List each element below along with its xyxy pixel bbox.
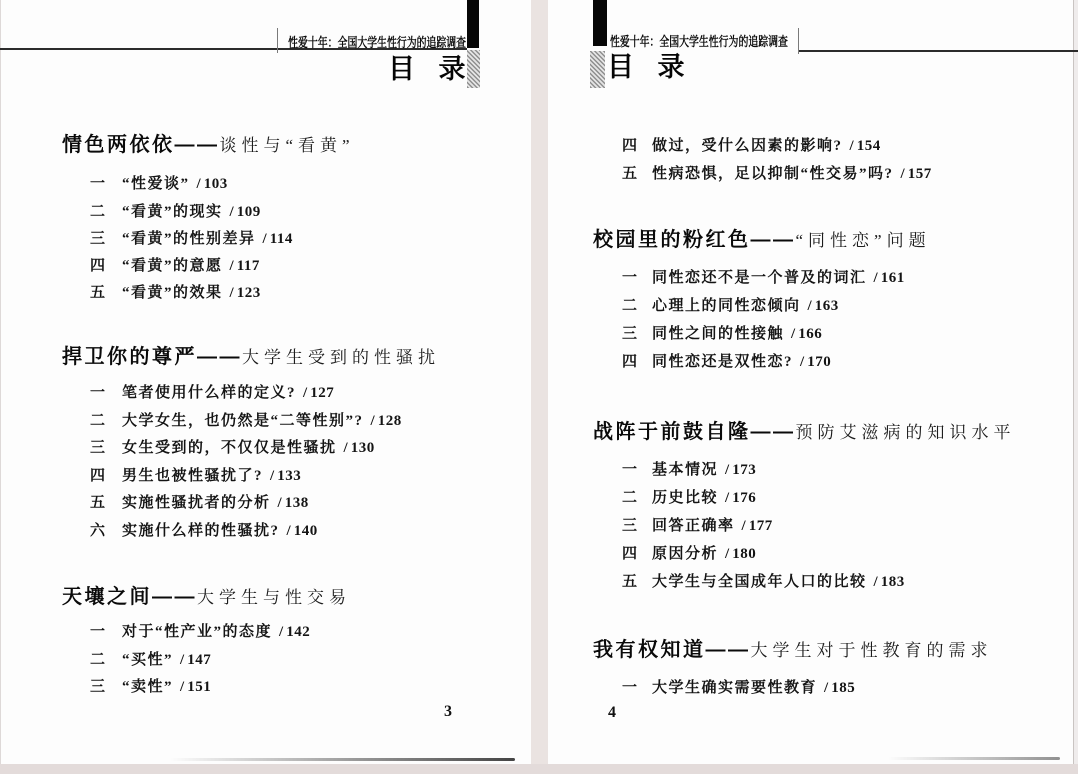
toc-entry: 六实施什么样的性骚扰?/140 <box>90 519 318 540</box>
toc-entry-separator: / <box>874 270 878 286</box>
toc-entry-title: 原因分析 <box>652 546 718 562</box>
section-heading-subtitle: 大学生与性交易 <box>197 588 351 607</box>
toc-entry-title: 心理上的同性恋倾向 <box>652 298 801 314</box>
toc-entry-number: 四 <box>90 254 122 275</box>
section-heading: 我有权知道——大学生对于性教育的需求 <box>593 633 993 662</box>
toc-entry-separator: / <box>725 546 729 562</box>
header-tick <box>798 28 799 54</box>
toc-entry-title: 男生也被性骚扰了? <box>122 468 263 484</box>
toc-entry-page: 103 <box>204 176 228 192</box>
toc-entry-title: “买性” <box>122 652 173 668</box>
toc-entry: 二心理上的同性恋倾向/163 <box>622 294 839 315</box>
toc-entry-number: 二 <box>622 486 652 507</box>
toc-entry-number: 四 <box>622 350 652 371</box>
toc-entry-separator: / <box>874 574 878 590</box>
toc-entry-page: 109 <box>237 204 261 220</box>
section-heading-bold: 天壤之间—— <box>62 586 197 608</box>
toc-entry-separator: / <box>278 495 282 511</box>
page-gutter <box>531 0 548 764</box>
toc-entry-page: 128 <box>378 413 402 429</box>
toc-entry-number: 一 <box>622 458 652 479</box>
section-heading: 战阵于前鼓自隆——预防艾滋病的知识水平 <box>593 415 1016 444</box>
toc-entry: 三回答正确率/177 <box>622 514 773 535</box>
section-heading-subtitle: 大学生对于性教育的需求 <box>751 641 993 660</box>
toc-entry-title: “看黄”的性别差异 <box>122 231 256 247</box>
toc-entry: 三同性之间的性接触/166 <box>622 322 822 343</box>
toc-entry-number: 一 <box>90 381 122 402</box>
page-number: 4 <box>608 704 616 722</box>
toc-entry-page: 166 <box>798 326 822 342</box>
toc-entry: 一笔者使用什么样的定义?/127 <box>90 381 334 402</box>
toc-entry-page: 123 <box>237 285 261 301</box>
toc-entry-number: 四 <box>90 464 122 485</box>
toc-entry-separator: / <box>800 354 804 370</box>
toc-entry: 四“看黄”的意愿/117 <box>90 254 260 275</box>
toc-entry-separator: / <box>303 385 307 401</box>
toc-entry-separator: / <box>791 326 795 342</box>
toc-entry-title: “看黄”的现实 <box>122 204 223 220</box>
toc-entry-title: “性爱谈” <box>122 176 190 192</box>
toc-entry-separator: / <box>230 204 234 220</box>
toc-entry: 二历史比较/176 <box>622 486 756 507</box>
toc-entry: 二“买性”/147 <box>90 648 211 669</box>
toc-entry-number: 三 <box>90 436 122 457</box>
scan-bottom-edge <box>0 764 1078 774</box>
toc-entry-page: 154 <box>857 138 881 154</box>
scan-artifact-line <box>888 757 1060 760</box>
toc-entry-page: 185 <box>831 680 855 696</box>
scan-right-edge <box>1073 0 1078 764</box>
toc-entry-separator: / <box>901 166 905 182</box>
toc-entry-page: 114 <box>270 231 293 247</box>
toc-entry-separator: / <box>824 680 828 696</box>
section-heading: 捍卫你的尊严——大学生受到的性骚扰 <box>62 340 440 369</box>
toc-entry-separator: / <box>230 285 234 301</box>
toc-entry-page: 142 <box>286 624 310 640</box>
toc-entry: 四同性恋还是双性恋?/170 <box>622 350 831 371</box>
toc-entry-page: 140 <box>294 523 318 539</box>
toc-entry: 一同性恋还不是一个普及的词汇/161 <box>622 266 905 287</box>
toc-entry-separator: / <box>279 624 283 640</box>
page-number: 3 <box>444 703 452 721</box>
toc-entry-separator: / <box>287 523 291 539</box>
toc-entry-separator: / <box>180 679 184 695</box>
toc-entry-number: 三 <box>90 675 122 696</box>
toc-entry: 三“卖性”/151 <box>90 675 211 696</box>
toc-entry: 一基本情况/173 <box>622 458 756 479</box>
toc-entry-number: 二 <box>90 409 122 430</box>
toc-entry-separator: / <box>230 258 234 274</box>
section-heading-subtitle: “同性恋”问题 <box>796 231 931 250</box>
toc-entry-separator: / <box>180 652 184 668</box>
toc-entry-page: 138 <box>285 495 309 511</box>
toc-entry: 三“看黄”的性别差异/114 <box>90 227 293 248</box>
toc-entry-number: 一 <box>90 620 122 641</box>
toc-entry-separator: / <box>371 413 375 429</box>
toc-entry-separator: / <box>270 468 274 484</box>
toc-title-shadow <box>590 51 605 88</box>
toc-entry: 五大学生与全国成年人口的比较/183 <box>622 570 905 591</box>
toc-entry-number: 二 <box>90 648 122 669</box>
toc-entry-title: 对于“性产业”的态度 <box>122 624 272 640</box>
toc-entry-page: 130 <box>351 440 375 456</box>
toc-entry-separator: / <box>725 490 729 506</box>
section-heading: 校园里的粉红色——“同性恋”问题 <box>593 223 931 252</box>
toc-entry: 五性病恐惧，足以抑制“性交易”吗?/157 <box>622 162 932 183</box>
toc-entry: 三女生受到的，不仅仅是性骚扰/130 <box>90 436 375 457</box>
toc-entry: 二大学女生，也仍然是“二等性别”?/128 <box>90 409 402 430</box>
toc-entry-number: 四 <box>622 134 652 155</box>
section-heading: 天壤之间——大学生与性交易 <box>62 580 351 609</box>
toc-entry-title: 女生受到的，不仅仅是性骚扰 <box>122 440 337 456</box>
toc-entry: 四做过，受什么因素的影响?/154 <box>622 134 881 155</box>
toc-entry-page: 127 <box>310 385 334 401</box>
book-spread-scan: 性爱十年：全国大学生性行为的追踪调查 目 录 情色两依依——谈性与“看黄” 一“… <box>0 0 1078 774</box>
toc-entry-title: 实施什么样的性骚扰? <box>122 523 280 539</box>
toc-entry-separator: / <box>344 440 348 456</box>
toc-entry-number: 二 <box>90 200 122 221</box>
toc-entry-title: 基本情况 <box>652 462 718 478</box>
toc-entry-title: “看黄”的效果 <box>122 285 223 301</box>
toc-entry: 五实施性骚扰者的分析/138 <box>90 491 309 512</box>
toc-entry-number: 一 <box>622 266 652 287</box>
toc-entry: 二“看黄”的现实/109 <box>90 200 261 221</box>
toc-entry-title: 实施性骚扰者的分析 <box>122 495 271 511</box>
toc-entry-title: “看黄”的意愿 <box>122 258 223 274</box>
toc-entry-number: 四 <box>622 542 652 563</box>
header-tick <box>277 28 278 53</box>
toc-entry-title: 做过，受什么因素的影响? <box>652 138 843 154</box>
toc-entry-number: 三 <box>90 227 122 248</box>
toc-entry-title: 大学女生，也仍然是“二等性别”? <box>122 413 364 429</box>
toc-entry-page: 176 <box>732 490 756 506</box>
toc-entry-number: 五 <box>90 491 122 512</box>
header-black-bar <box>593 0 607 46</box>
section-heading-subtitle: 大学生受到的性骚扰 <box>242 348 440 367</box>
section-heading-bold: 捍卫你的尊严—— <box>62 346 242 368</box>
toc-entry-separator: / <box>850 138 854 154</box>
header-black-bar <box>467 0 479 48</box>
toc-entry-separator: / <box>742 518 746 534</box>
toc-entry-separator: / <box>725 462 729 478</box>
toc-entry-title: 同性恋还是双性恋? <box>652 354 793 370</box>
section-heading: 情色两依依——谈性与“看黄” <box>62 128 355 157</box>
toc-entry-number: 三 <box>622 514 652 535</box>
toc-entry-page: 147 <box>187 652 211 668</box>
toc-entry-title: 大学生确实需要性教育 <box>652 680 817 696</box>
toc-entry-number: 三 <box>622 322 652 343</box>
toc-entry-title: 同性恋还不是一个普及的词汇 <box>652 270 867 286</box>
toc-entry-page: 163 <box>815 298 839 314</box>
toc-entry-page: 173 <box>732 462 756 478</box>
toc-entry-number: 六 <box>90 519 122 540</box>
toc-entry: 四原因分析/180 <box>622 542 756 563</box>
toc-entry-number: 二 <box>622 294 652 315</box>
toc-entry-number: 一 <box>90 172 122 193</box>
section-heading-subtitle: 预防艾滋病的知识水平 <box>796 423 1016 442</box>
toc-entry-title: 性病恐惧，足以抑制“性交易”吗? <box>652 166 894 182</box>
toc-entry: 一对于“性产业”的态度/142 <box>90 620 310 641</box>
toc-entry-number: 五 <box>90 281 122 302</box>
toc-entry: 一“性爱谈”/103 <box>90 172 228 193</box>
toc-entry-title: 大学生与全国成年人口的比较 <box>652 574 867 590</box>
toc-entry-title: 笔者使用什么样的定义? <box>122 385 296 401</box>
section-heading-bold: 情色两依依—— <box>62 134 220 156</box>
toc-entry-page: 177 <box>749 518 773 534</box>
toc-entry-number: 一 <box>622 676 652 697</box>
toc-entry-page: 170 <box>807 354 831 370</box>
header-rule <box>798 50 1078 52</box>
toc-page-title: 目 录 <box>388 47 474 86</box>
toc-entry-page: 157 <box>908 166 932 182</box>
toc-entry-title: 历史比较 <box>652 490 718 506</box>
section-heading-bold: 战阵于前鼓自隆—— <box>593 421 796 443</box>
toc-entry-title: “卖性” <box>122 679 173 695</box>
section-heading-bold: 校园里的粉红色—— <box>593 229 796 251</box>
toc-entry-page: 183 <box>881 574 905 590</box>
toc-entry-title: 同性之间的性接触 <box>652 326 784 342</box>
toc-entry-number: 五 <box>622 570 652 591</box>
toc-entry-page: 180 <box>732 546 756 562</box>
toc-page-title: 目 录 <box>607 45 693 84</box>
scan-artifact-line <box>170 758 515 761</box>
section-heading-bold: 我有权知道—— <box>593 639 751 661</box>
section-heading-subtitle: 谈性与“看黄” <box>220 136 355 155</box>
toc-entry: 四男生也被性骚扰了?/133 <box>90 464 301 485</box>
toc-entry-separator: / <box>808 298 812 314</box>
toc-entry-separator: / <box>197 176 201 192</box>
toc-entry-page: 161 <box>881 270 905 286</box>
toc-entry-title: 回答正确率 <box>652 518 735 534</box>
toc-entry-separator: / <box>263 231 267 247</box>
scan-left-edge <box>0 0 1 764</box>
toc-entry: 五“看黄”的效果/123 <box>90 281 261 302</box>
toc-entry-number: 五 <box>622 162 652 183</box>
toc-entry: 一大学生确实需要性教育/185 <box>622 676 855 697</box>
toc-entry-page: 117 <box>237 258 260 274</box>
toc-entry-page: 133 <box>277 468 301 484</box>
toc-entry-page: 151 <box>187 679 211 695</box>
